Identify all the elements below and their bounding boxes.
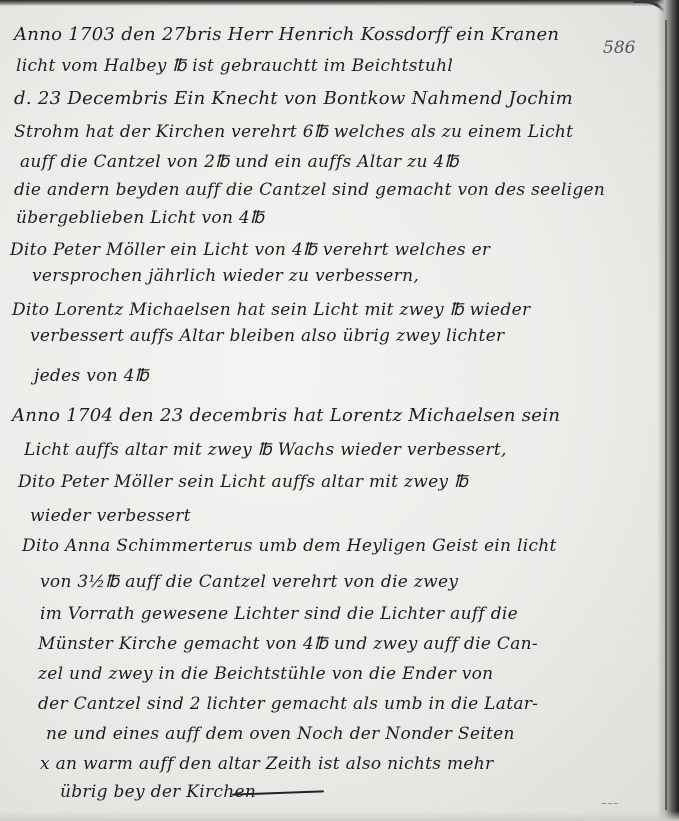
manuscript-line: Licht auffs altar mit zwey ℔ Wachs wiede… (24, 440, 507, 460)
page-number: 586 (603, 38, 635, 58)
manuscript-line: verbessert auffs Altar bleiben also übri… (30, 326, 504, 346)
manuscript-line: licht vom Halbey ℔ ist gebrauchtt im Bei… (16, 56, 453, 76)
manuscript-line: übrig bey der Kirchen (60, 782, 256, 802)
manuscript-line: Dito Peter Möller ein Licht von 4℔ vereh… (10, 240, 490, 260)
manuscript-line: ne und eines auff dem oven Noch der Nond… (46, 724, 515, 744)
manuscript-line: jedes von 4℔ (34, 366, 149, 386)
manuscript-line: von 3½℔ auff die Cantzel verehrt von die… (40, 572, 458, 592)
manuscript-line: der Cantzel sind 2 lichter gemacht als u… (38, 694, 538, 714)
manuscript-line: Dito Anna Schimmerterus umb dem Heyligen… (22, 536, 557, 556)
manuscript-line: im Vorrath gewesene Lichter sind die Lic… (40, 604, 518, 624)
margin-note: ~~~ (601, 800, 619, 808)
manuscript-line: Anno 1704 den 23 decembris hat Lorentz M… (12, 405, 560, 426)
manuscript-line: x an warm auff den altar Zeith ist also … (40, 754, 493, 774)
manuscript-line: versprochen jährlich wieder zu verbesser… (32, 266, 419, 286)
manuscript-line: wieder verbessert (30, 506, 191, 526)
page-edge-line (665, 20, 667, 810)
page-binding-edge (657, 0, 679, 821)
page-top-edge (0, 0, 679, 6)
page-bottom-edge (0, 811, 679, 821)
manuscript-line: Münster Kirche gemacht von 4℔ und zwey a… (38, 634, 538, 654)
manuscript-line: Dito Peter Möller sein Licht auffs altar… (18, 472, 468, 492)
manuscript-line: Strohm hat der Kirchen verehrt 6℔ welche… (14, 122, 573, 142)
manuscript-line: Anno 1703 den 27bris Herr Henrich Kossdo… (14, 24, 559, 45)
manuscript-line: d. 23 Decembris Ein Knecht von Bontkow N… (14, 88, 573, 109)
manuscript-line: zel und zwey in die Beichtstühle von die… (38, 664, 493, 684)
manuscript-line: die andern beyden auff die Cantzel sind … (14, 180, 605, 200)
manuscript-line: übergeblieben Licht von 4℔ (16, 208, 264, 228)
manuscript-line: auff die Cantzel von 2℔ und ein auffs Al… (20, 152, 459, 172)
manuscript-line: Dito Lorentz Michaelsen hat sein Licht m… (12, 300, 530, 320)
manuscript-page: 586 Anno 1703 den 27bris Herr Henrich Ko… (0, 0, 679, 821)
